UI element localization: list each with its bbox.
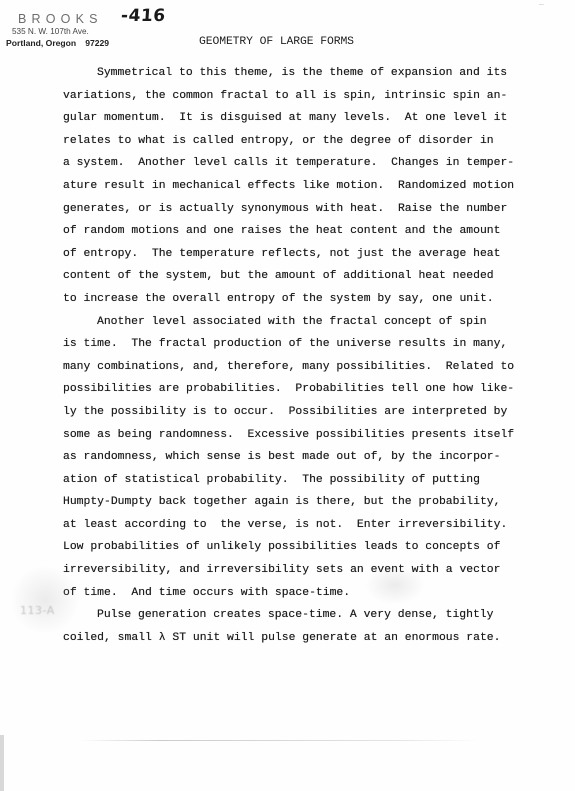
text-line: at least according to the verse, is not.… (63, 514, 533, 537)
text-line: of random motions and one raises the hea… (63, 220, 533, 243)
text-line: ation of statistical probability. The po… (63, 469, 533, 492)
text-line: content of the system, but the amount of… (63, 265, 533, 288)
text-line: of entropy. The temperature reflects, no… (63, 243, 533, 266)
corner-mark: ~ (538, 0, 558, 6)
faint-rule (80, 740, 480, 741)
text-line: Pulse generation creates space-time. A v… (63, 604, 533, 627)
text-line: relates to what is called entropy, or th… (63, 130, 533, 153)
text-line: as randomness, which sense is best made … (63, 446, 533, 469)
page-edge (0, 735, 4, 791)
letterhead-zip: 97229 (85, 38, 109, 48)
text-line: Humpty-Dumpty back together again is the… (63, 491, 533, 514)
text-line: Another level associated with the fracta… (63, 311, 533, 334)
letterhead-city: Portland, Oregon97229 (6, 38, 109, 49)
text-line: ature result in mechanical effects like … (63, 175, 533, 198)
text-line: Low probabilities of unlikely possibilit… (63, 536, 533, 559)
text-line: possibilities are probabilities. Probabi… (63, 378, 533, 401)
text-line: many combinations, and, therefore, many … (63, 356, 533, 379)
margin-smudge (10, 565, 80, 635)
document-page: BROOKS 535 N. W. 107th Ave. Portland, Or… (0, 0, 575, 791)
letterhead: BROOKS 535 N. W. 107th Ave. Portland, Or… (6, 13, 109, 49)
text-line: generates, or is actually synonymous wit… (63, 198, 533, 221)
text-line: is time. The fractal production of the u… (63, 333, 533, 356)
text-line: to increase the overall entropy of the s… (63, 288, 533, 311)
text-line: some as being randomness. Excessive poss… (63, 424, 533, 447)
letterhead-address: 535 N. W. 107th Ave. (12, 27, 109, 37)
text-line: of time. And time occurs with space-time… (63, 582, 533, 605)
text-line: ly the possibility is to occur. Possibil… (63, 401, 533, 424)
letterhead-name: BROOKS (18, 13, 109, 26)
text-line: Symmetrical to this theme, is the theme … (63, 62, 533, 85)
text-line: irreversibility, and irreversibility set… (63, 559, 533, 582)
margin-stamp: 113-A (20, 604, 55, 617)
text-line: coiled, small λ ST unit will pulse gener… (63, 627, 533, 650)
text-line: a system. Another level calls it tempera… (63, 152, 533, 175)
letterhead-city-state: Portland, Oregon (6, 38, 76, 48)
text-line: gular momentum. It is disguised at many … (63, 107, 533, 130)
margin-smudge (365, 565, 425, 605)
document-body: Symmetrical to this theme, is the theme … (63, 62, 533, 649)
handwritten-document-number: -416 (120, 6, 166, 26)
document-title: GEOMETRY OF LARGE FORMS (199, 36, 354, 48)
text-line: variations, the common fractal to all is… (63, 85, 533, 108)
